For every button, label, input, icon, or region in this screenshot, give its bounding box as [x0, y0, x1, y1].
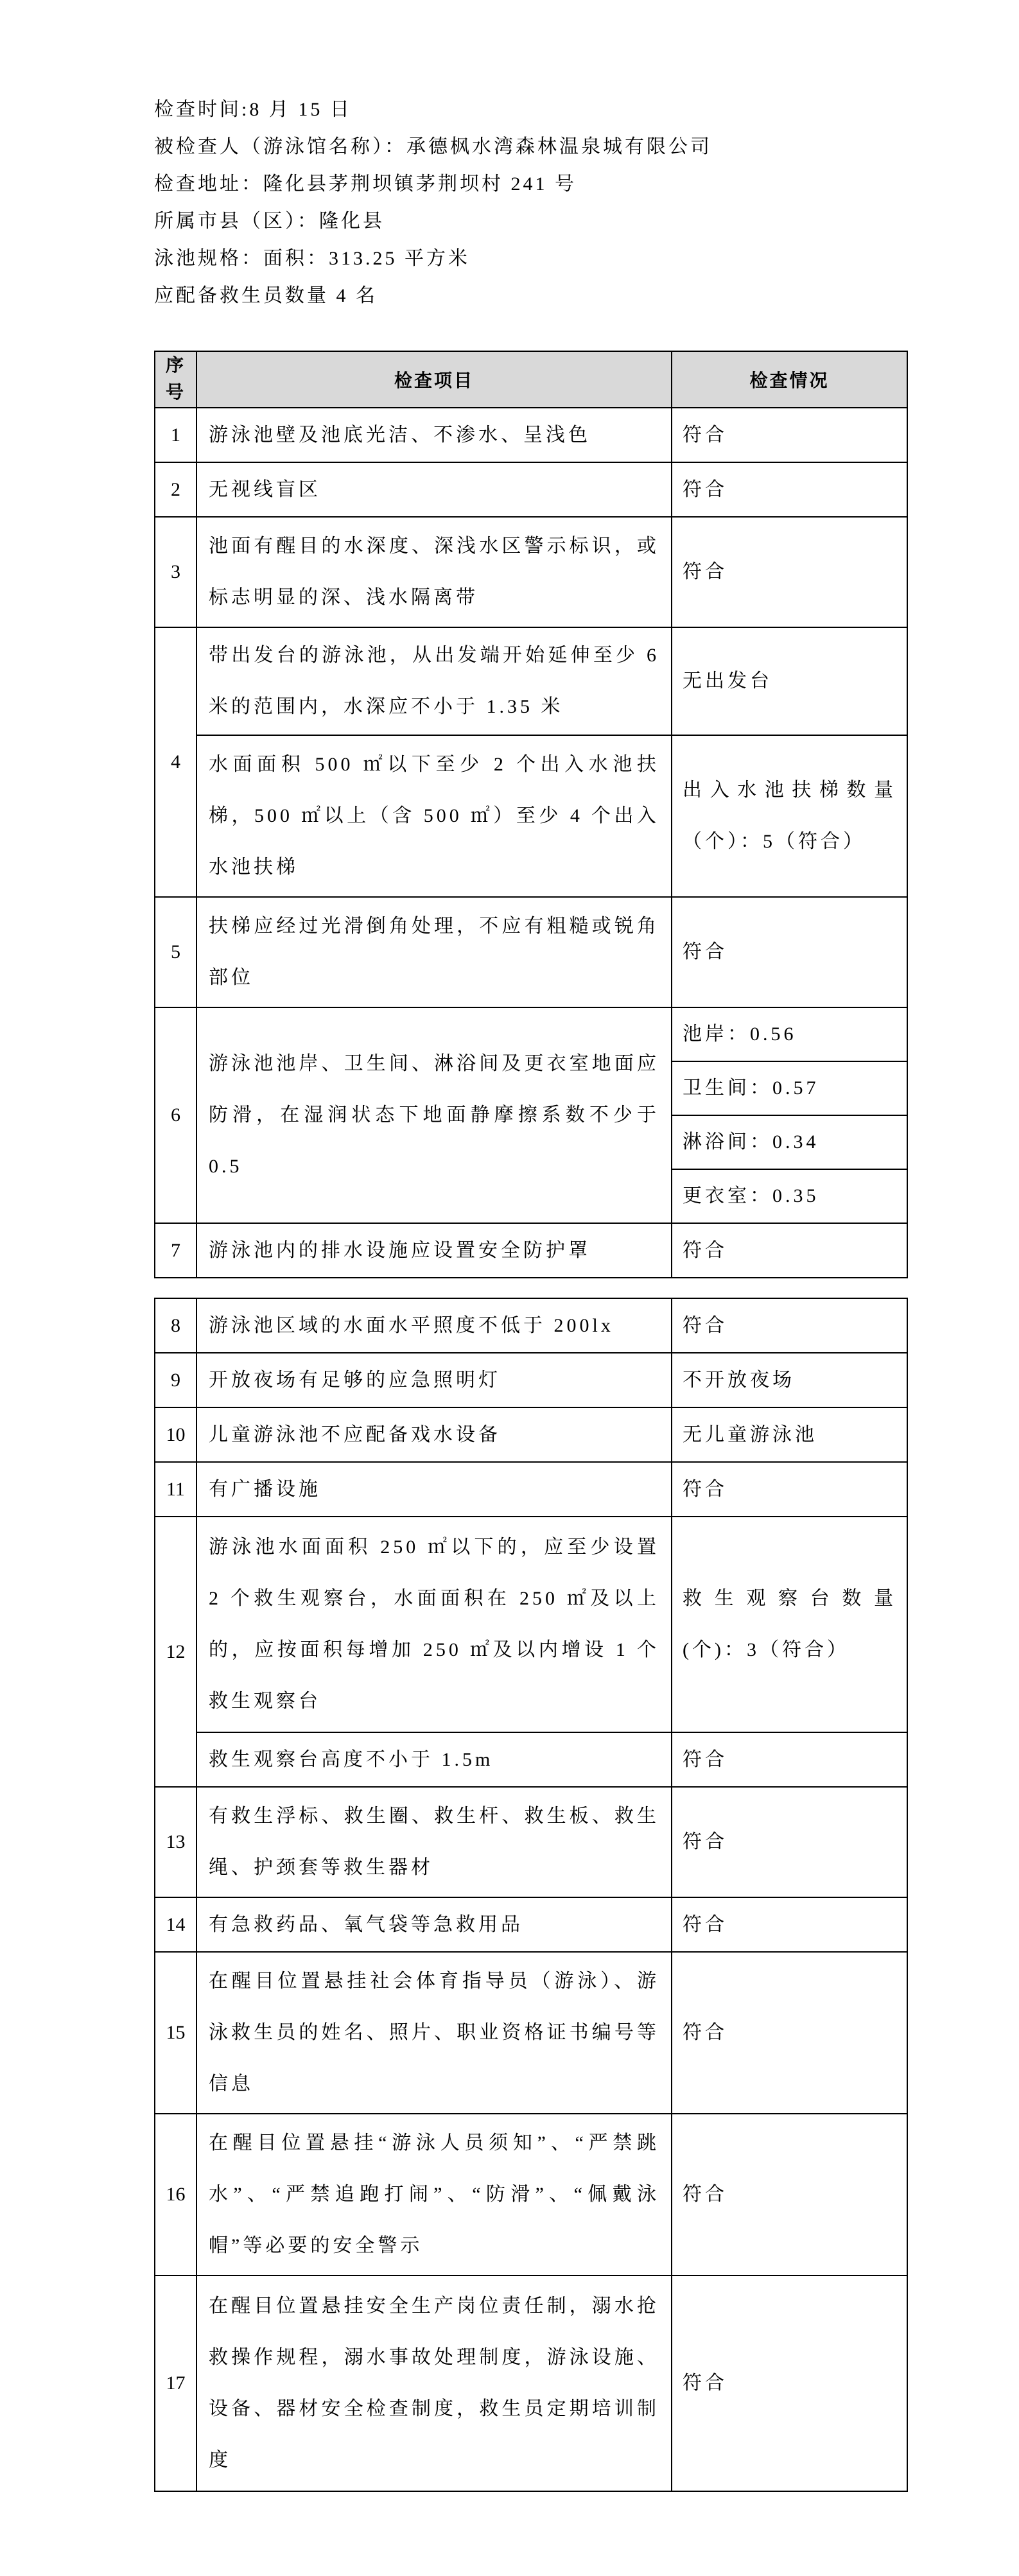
- status-cell: 符合: [672, 2276, 907, 2491]
- table-row: 11 有广播设施 符合: [155, 1462, 907, 1517]
- item-cell: 有急救药品、氧气袋等急救用品: [196, 1897, 672, 1952]
- status-cell-friction-shower: 淋浴间：0.34: [672, 1115, 907, 1169]
- item-cell: 有广播设施: [196, 1462, 672, 1517]
- header-line-county: 所属市县（区）：隆化县: [154, 203, 907, 240]
- header-line-lifeguard-count: 应配备救生员数量 4 名: [154, 277, 907, 315]
- status-cell-friction-changing-room: 更衣室：0.35: [672, 1169, 907, 1223]
- table-row: 13 有救生浮标、救生圈、救生杆、救生板、救生绳、护颈套等救生器材 符合: [155, 1787, 907, 1897]
- item-cell: 在醒目位置悬挂安全生产岗位责任制，溺水抢救操作规程，溺水事故处理制度，游泳设施、…: [196, 2276, 672, 2491]
- item-cell: 游泳池池岸、卫生间、淋浴间及更衣室地面应防滑，在湿润状态下地面静摩擦系数不少于 …: [196, 1007, 672, 1223]
- item-cell: 游泳池壁及池底光洁、不渗水、呈浅色: [196, 408, 672, 462]
- row-number: 14: [155, 1897, 196, 1952]
- table-row: 16 在醒目位置悬挂“游泳人员须知”、“严禁跳水”、“严禁追跑打闹”、“防滑”、…: [155, 2114, 907, 2276]
- document-header: 检查时间:8 月 15 日 被检查人（游泳馆名称）：承德枫水湾森林温泉城有限公司…: [154, 91, 907, 315]
- header-line-inspection-time: 检查时间:8 月 15 日: [154, 91, 907, 128]
- table-row: 救生观察台高度不小于 1.5m 符合: [155, 1732, 907, 1787]
- table-row: 5 扶梯应经过光滑倒角处理，不应有粗糙或锐角部位 符合: [155, 897, 907, 1007]
- item-cell: 游泳池内的排水设施应设置安全防护罩: [196, 1223, 672, 1278]
- item-cell: 游泳池区域的水面水平照度不低于 200lx: [196, 1298, 672, 1353]
- inspection-table-2: 8 游泳池区域的水面水平照度不低于 200lx 符合 9 开放夜场有足够的应急照…: [154, 1298, 908, 2492]
- item-cell: 儿童游泳池不应配备戏水设备: [196, 1407, 672, 1462]
- col-header-no: 序 号: [155, 351, 196, 408]
- status-cell: 符合: [672, 517, 907, 627]
- col-header-item: 检查项目: [196, 351, 672, 408]
- status-cell: 符合: [672, 1223, 907, 1278]
- item-cell: 有救生浮标、救生圈、救生杆、救生板、救生绳、护颈套等救生器材: [196, 1787, 672, 1897]
- table-row: 3 池面有醒目的水深度、深浅水区警示标识，或标志明显的深、浅水隔离带 符合: [155, 517, 907, 627]
- table-row: 17 在醒目位置悬挂安全生产岗位责任制，溺水抢救操作规程，溺水事故处理制度，游泳…: [155, 2276, 907, 2491]
- status-cell-friction-toilet: 卫生间：0.57: [672, 1061, 907, 1115]
- row-number: 13: [155, 1787, 196, 1897]
- status-cell: 无儿童游泳池: [672, 1407, 907, 1462]
- document-page: 检查时间:8 月 15 日 被检查人（游泳馆名称）：承德枫水湾森林温泉城有限公司…: [0, 0, 1019, 2576]
- row-number: 11: [155, 1462, 196, 1517]
- header-line-inspection-address: 检查地址：隆化县茅荆坝镇茅荆坝村 241 号: [154, 166, 907, 203]
- item-cell: 在醒目位置悬挂“游泳人员须知”、“严禁跳水”、“严禁追跑打闹”、“防滑”、“佩戴…: [196, 2114, 672, 2276]
- status-cell: 符合: [672, 1298, 907, 1353]
- item-cell: 扶梯应经过光滑倒角处理，不应有粗糙或锐角部位: [196, 897, 672, 1007]
- row-number: 7: [155, 1223, 196, 1278]
- status-cell: 符合: [672, 1732, 907, 1787]
- status-cell: 符合: [672, 1952, 907, 2114]
- item-cell: 池面有醒目的水深度、深浅水区警示标识，或标志明显的深、浅水隔离带: [196, 517, 672, 627]
- table-row: 7 游泳池内的排水设施应设置安全防护罩 符合: [155, 1223, 907, 1278]
- row-number: 16: [155, 2114, 196, 2276]
- status-cell: 符合: [672, 1787, 907, 1897]
- status-cell: 符合: [672, 1462, 907, 1517]
- table-row: 水面面积 500 ㎡以下至少 2 个出入水池扶梯，500 ㎡以上（含 500 ㎡…: [155, 735, 907, 897]
- status-cell: 无出发台: [672, 627, 907, 735]
- status-cell: 符合: [672, 1897, 907, 1952]
- table-row: 15 在醒目位置悬挂社会体育指导员（游泳）、游泳救生员的姓名、照片、职业资格证书…: [155, 1952, 907, 2114]
- table-row: 1 游泳池壁及池底光洁、不渗水、呈浅色 符合: [155, 408, 907, 462]
- row-number: 5: [155, 897, 196, 1007]
- table-row: 2 无视线盲区 符合: [155, 462, 907, 517]
- table-row: 14 有急救药品、氧气袋等急救用品 符合: [155, 1897, 907, 1952]
- col-header-status: 检查情况: [672, 351, 907, 408]
- row-number: 12: [155, 1517, 196, 1787]
- item-cell: 无视线盲区: [196, 462, 672, 517]
- status-cell: 救生观察台数量(个)：3（符合）: [672, 1517, 907, 1732]
- row-number: 3: [155, 517, 196, 627]
- inspection-table-1: 序 号 检查项目 检查情况 1 游泳池壁及池底光洁、不渗水、呈浅色 符合 2 无…: [154, 351, 908, 1278]
- header-line-inspected-entity: 被检查人（游泳馆名称）：承德枫水湾森林温泉城有限公司: [154, 128, 907, 166]
- table-row: 10 儿童游泳池不应配备戏水设备 无儿童游泳池: [155, 1407, 907, 1462]
- item-cell: 带出发台的游泳池，从出发端开始延伸至少 6 米的范围内，水深应不小于 1.35 …: [196, 627, 672, 735]
- row-number: 8: [155, 1298, 196, 1353]
- status-cell-friction-poolside: 池岸：0.56: [672, 1007, 907, 1061]
- row-number: 1: [155, 408, 196, 462]
- status-cell: 符合: [672, 462, 907, 517]
- status-cell: 符合: [672, 897, 907, 1007]
- table-row: 4 带出发台的游泳池，从出发端开始延伸至少 6 米的范围内，水深应不小于 1.3…: [155, 627, 907, 735]
- row-number: 4: [155, 627, 196, 897]
- row-number: 10: [155, 1407, 196, 1462]
- item-cell: 在醒目位置悬挂社会体育指导员（游泳）、游泳救生员的姓名、照片、职业资格证书编号等…: [196, 1952, 672, 2114]
- table-row: 8 游泳池区域的水面水平照度不低于 200lx 符合: [155, 1298, 907, 1353]
- header-line-pool-spec: 泳池规格：面积：313.25 平方米: [154, 240, 907, 277]
- item-cell: 游泳池水面面积 250 ㎡以下的，应至少设置 2 个救生观察台，水面面积在 25…: [196, 1517, 672, 1732]
- table-row: 6 游泳池池岸、卫生间、淋浴间及更衣室地面应防滑，在湿润状态下地面静摩擦系数不少…: [155, 1007, 907, 1061]
- table-row: 12 游泳池水面面积 250 ㎡以下的，应至少设置 2 个救生观察台，水面面积在…: [155, 1517, 907, 1732]
- item-cell: 开放夜场有足够的应急照明灯: [196, 1353, 672, 1407]
- status-cell: 不开放夜场: [672, 1353, 907, 1407]
- item-cell: 救生观察台高度不小于 1.5m: [196, 1732, 672, 1787]
- item-cell: 水面面积 500 ㎡以下至少 2 个出入水池扶梯，500 ㎡以上（含 500 ㎡…: [196, 735, 672, 897]
- table-row: 9 开放夜场有足够的应急照明灯 不开放夜场: [155, 1353, 907, 1407]
- row-number: 17: [155, 2276, 196, 2491]
- status-cell: 符合: [672, 408, 907, 462]
- table-header-row: 序 号 检查项目 检查情况: [155, 351, 907, 408]
- row-number: 6: [155, 1007, 196, 1223]
- row-number: 15: [155, 1952, 196, 2114]
- row-number: 9: [155, 1353, 196, 1407]
- row-number: 2: [155, 462, 196, 517]
- status-cell: 出入水池扶梯数量（个）：5（符合）: [672, 735, 907, 897]
- status-cell: 符合: [672, 2114, 907, 2276]
